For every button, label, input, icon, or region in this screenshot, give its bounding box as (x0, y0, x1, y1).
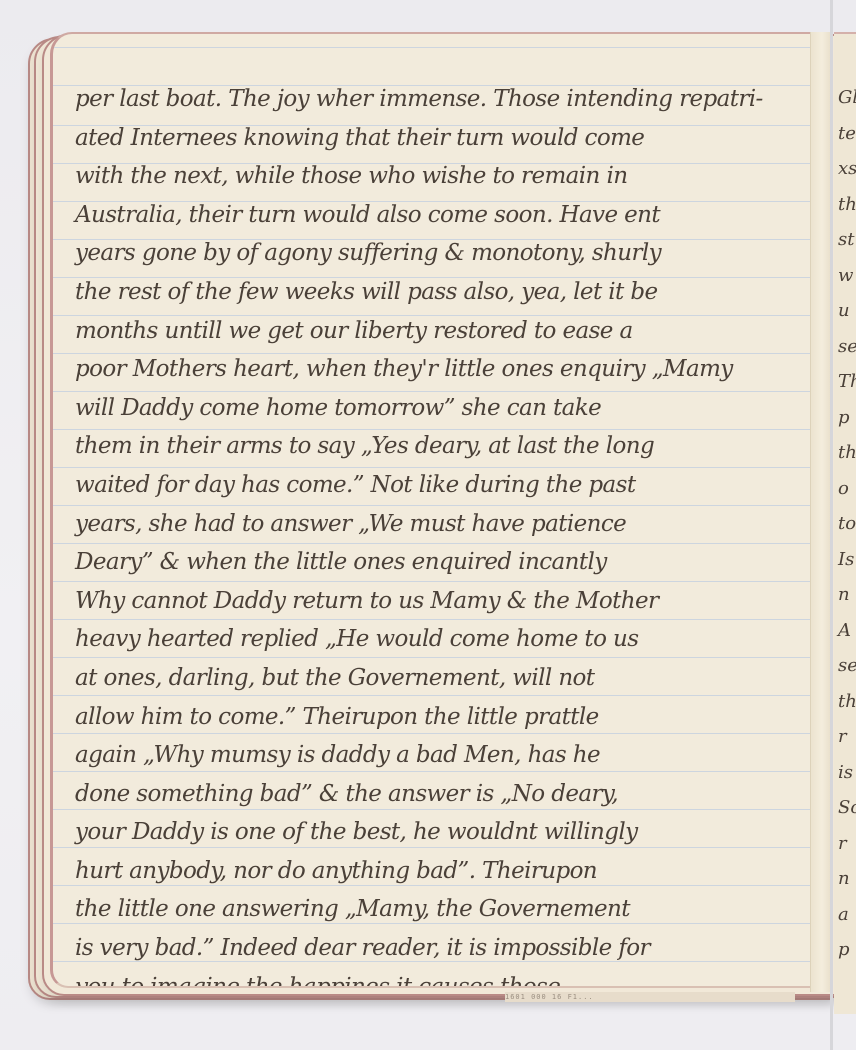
text-line: hurt anybody, nor do anything bad”. Thei… (75, 852, 815, 891)
text-fragment: Sc (838, 790, 856, 826)
text-line: the little one answering „Mamy, the Gove… (75, 890, 815, 929)
text-fragment: w (838, 258, 856, 294)
text-fragment: A (838, 613, 856, 649)
text-line: at ones, darling, but the Governement, w… (75, 659, 815, 698)
printed-edge-stamp: 1601 000 16 F1... (505, 992, 795, 1002)
text-line: allow him to come.” Theirupon the little… (75, 698, 815, 737)
text-fragment: r (838, 719, 856, 755)
text-fragment: th (838, 435, 856, 471)
text-line: years gone by of agony suffering & monot… (75, 234, 815, 273)
text-line: poor Mothers heart, when they'r little o… (75, 350, 815, 389)
text-fragment: u (838, 293, 856, 329)
text-line: Why cannot Daddy return to us Mamy & the… (75, 582, 815, 621)
text-fragment: Gl (838, 80, 856, 116)
text-fragment: Th (838, 364, 856, 400)
text-fragment: p (838, 932, 856, 968)
text-fragment: to (838, 506, 856, 542)
text-line: again „Why mumsy is daddy a bad Men, has… (75, 736, 815, 775)
text-line: waited for day has come.” Not like durin… (75, 466, 815, 505)
text-line: Australia, their turn would also come so… (75, 196, 815, 235)
book-spine (830, 0, 833, 1050)
text-fragment: r (838, 826, 856, 862)
text-fragment: se (838, 648, 856, 684)
text-line: done something bad” & the answer is „No … (75, 775, 815, 814)
text-fragment: Is (838, 542, 856, 578)
text-fragment: n (838, 577, 856, 613)
text-fragment: xs (838, 151, 856, 187)
text-fragment: th (838, 187, 856, 223)
text-fragment: o (838, 471, 856, 507)
text-line: Deary” & when the little ones enquired i… (75, 543, 815, 582)
text-line: is very bad.” Indeed dear reader, it is … (75, 929, 815, 968)
text-line: the rest of the few weeks will pass also… (75, 273, 815, 312)
text-line: months untill we get our liberty restore… (75, 312, 815, 351)
scan-background: per last boat. The joy wher immense. Tho… (0, 0, 856, 1050)
text-line: with the next, while those who wishe to … (75, 157, 815, 196)
text-line: will Daddy come home tomorrow” she can t… (75, 389, 815, 428)
text-line: years, she had to answer „We must have p… (75, 505, 815, 544)
facing-page-text: Gl te xs th st w u se Th p th o to Is n … (838, 80, 856, 968)
facing-page-fragment: Gl te xs th st w u se Th p th o to Is n … (834, 32, 856, 1014)
text-fragment: th (838, 684, 856, 720)
text-fragment: st (838, 222, 856, 258)
handwritten-text: per last boat. The joy wher immense. Tho… (75, 80, 815, 988)
text-line: them in their arms to say „Yes deary, at… (75, 427, 815, 466)
text-fragment: a (838, 897, 856, 933)
text-line: heavy hearted replied „He would come hom… (75, 620, 815, 659)
text-fragment: te (838, 116, 856, 152)
text-fragment: is (838, 755, 856, 791)
text-fragment: n (838, 861, 856, 897)
text-line: ated Internees knowing that their turn w… (75, 119, 815, 158)
text-fragment: p (838, 400, 856, 436)
text-line: per last boat. The joy wher immense. Tho… (75, 80, 815, 119)
text-fragment: se (838, 329, 856, 365)
text-line: your Daddy is one of the best, he wouldn… (75, 813, 815, 852)
text-line: you to imagine the happines it causes th… (75, 968, 815, 988)
notebook-page: per last boat. The joy wher immense. Tho… (50, 32, 832, 988)
